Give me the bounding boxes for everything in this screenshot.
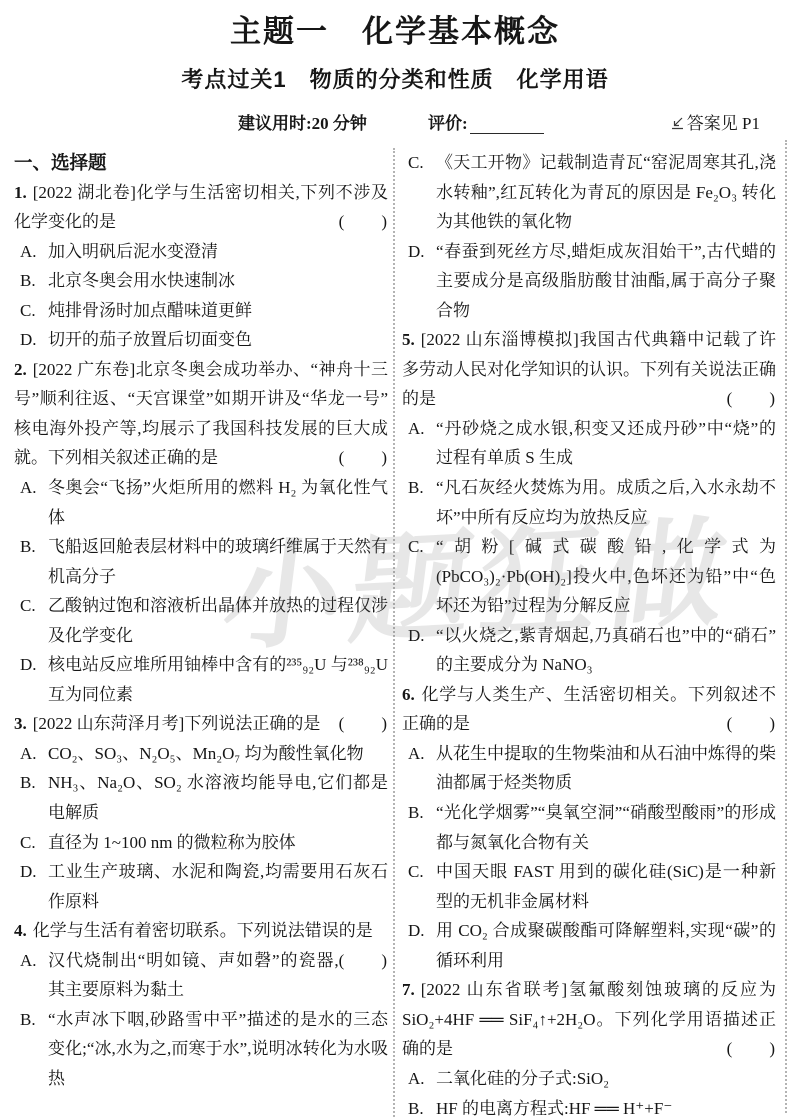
option-row: C.“胡粉[碱式碳酸铅,化学式为(PbCO₃)₂·Pb(OH)₂]投火中,色坏还…	[402, 532, 776, 621]
option-text: “以火烧之,紫青烟起,乃真硝石也”中的“硝石”的主要成分为 NaNO₃	[436, 626, 776, 675]
option-text: 工业生产玻璃、水泥和陶瓷,均需要用石灰石作原料	[48, 862, 388, 911]
option-text: 从花生中提取的生物柴油和从石油中炼得的柴油都属于烃类物质	[436, 744, 776, 793]
option-row: A.CO₂、SO₃、N₂O₅、Mn₂O₇ 均为酸性氧化物	[14, 739, 388, 769]
question-number: 3.	[14, 714, 27, 733]
option-row: A.二氧化硅的分子式:SiO₂	[402, 1064, 776, 1094]
option-text: “光化学烟雾”“臭氧空洞”“硝酸型酸雨”的形成都与氮氧化合物有关	[436, 803, 776, 852]
question-number: 1.	[14, 183, 27, 202]
option-label: A.	[20, 739, 37, 769]
right-column: C.《天工开物》记载制造青瓦“窑泥周寒其孔,浇水转釉”,红瓦转化为青瓦的原因是 …	[395, 148, 776, 1117]
option-text: 冬奥会“飞扬”火炬所用的燃料 H₂ 为氧化性气体	[48, 478, 388, 527]
question-stem: 7.[2022 山东省联考]氢氟酸刻蚀玻璃的反应为 SiO₂+4HF ══ Si…	[402, 975, 776, 1064]
option-row: B.“凡石灰经火焚炼为用。成质之后,入水永劫不坏”中所有反应均为放热反应	[402, 473, 776, 532]
option-label: A.	[408, 1064, 425, 1094]
option-row: C.炖排骨汤时加点醋味道更鲜	[14, 296, 388, 326]
option-row: A.冬奥会“飞扬”火炬所用的燃料 H₂ 为氧化性气体	[14, 473, 388, 532]
evaluation-field: 评价:	[428, 109, 544, 134]
option-row: D.用 CO₂ 合成聚碳酸酯可降解塑料,实现“碳”的循环利用	[402, 916, 776, 975]
option-label: D.	[20, 857, 37, 887]
option-label: B.	[20, 266, 36, 296]
option-row: A.从花生中提取的生物柴油和从石油中炼得的柴油都属于烃类物质	[402, 739, 776, 798]
option-label: A.	[20, 237, 37, 267]
option-text: 北京冬奥会用水快速制冰	[48, 271, 235, 290]
option-row: C.乙酸钠过饱和溶液析出晶体并放热的过程仅涉及化学变化	[14, 591, 388, 650]
question-stem-text: [2022 山东淄博模拟]我国古代典籍中记载了许多劳动人民对化学知识的认识。下列…	[402, 330, 776, 408]
option-label: C.	[408, 532, 424, 562]
suggested-time-label: 建议用时:20 分钟	[238, 109, 367, 134]
option-label: B.	[20, 1005, 36, 1035]
option-label: C.	[20, 828, 36, 858]
answer-reference: 答案见 P1	[671, 109, 760, 134]
option-label: A.	[20, 946, 37, 976]
question-stem: 3.[2022 山东菏泽月考]下列说法正确的是( )	[14, 709, 388, 739]
option-row: C.中国天眼 FAST 用到的碳化硅(SiC)是一种新型的无机非金属材料	[402, 857, 776, 916]
option-text: “水声冰下咽,砂路雪中平”描述的是水的三态变化;“冰,水为之,而寒于水”,说明冰…	[48, 1010, 388, 1088]
option-text: “胡粉[碱式碳酸铅,化学式为(PbCO₃)₂·Pb(OH)₂]投火中,色坏还为铅…	[436, 537, 776, 615]
option-text: 乙酸钠过饱和溶液析出晶体并放热的过程仅涉及化学变化	[48, 596, 388, 645]
option-row: A.加入明矾后泥水变澄清	[14, 237, 388, 267]
option-text: 二氧化硅的分子式:SiO₂	[436, 1069, 609, 1088]
evaluation-label: 评价:	[428, 114, 468, 133]
question-number: 7.	[402, 980, 415, 999]
option-row: D.“以火烧之,紫青烟起,乃真硝石也”中的“硝石”的主要成分为 NaNO₃	[402, 621, 776, 680]
option-label: D.	[408, 621, 425, 651]
corner-arrow-icon	[671, 117, 684, 130]
answer-reference-label: 答案见 P1	[687, 109, 760, 134]
option-row: C.直径为 1~100 nm 的微粒称为胶体	[14, 828, 388, 858]
option-row: A.“丹砂烧之成水银,积变又还成丹砂”中“烧”的过程有单质 S 生成	[402, 414, 776, 473]
option-text: 用 CO₂ 合成聚碳酸酯可降解塑料,实现“碳”的循环利用	[436, 921, 776, 970]
option-label: C.	[408, 148, 424, 178]
option-label: A.	[408, 739, 425, 769]
option-text: 加入明矾后泥水变澄清	[48, 242, 218, 261]
question-number: 4.	[14, 921, 27, 940]
option-label: B.	[20, 532, 36, 562]
option-text: NH₃、Na₂O、SO₂ 水溶液均能导电,它们都是电解质	[48, 773, 388, 822]
meta-row: 建议用时:20 分钟 评价: 答案见 P1	[0, 110, 790, 136]
question-stem: 1.[2022 湖北卷]化学与生活密切相关,下列不涉及化学变化的是( )	[14, 178, 388, 237]
option-label: D.	[20, 650, 37, 680]
option-label: A.	[408, 414, 425, 444]
option-label: D.	[20, 325, 37, 355]
option-label: C.	[20, 591, 36, 621]
option-text: 炖排骨汤时加点醋味道更鲜	[48, 301, 252, 320]
option-label: C.	[20, 296, 36, 326]
option-row: B.“水声冰下咽,砂路雪中平”描述的是水的三态变化;“冰,水为之,而寒于水”,说…	[14, 1005, 388, 1094]
option-row: A.汉代烧制出“明如镜、声如磬”的瓷器,其主要原料为黏土	[14, 946, 388, 1005]
option-label: D.	[408, 916, 425, 946]
section-title: 一、选择题	[14, 148, 388, 178]
option-label: A.	[20, 473, 37, 503]
option-text: “凡石灰经火焚炼为用。成质之后,入水永劫不坏”中所有反应均为放热反应	[436, 478, 776, 527]
option-text: 中国天眼 FAST 用到的碳化硅(SiC)是一种新型的无机非金属材料	[436, 862, 776, 911]
evaluation-blank-line[interactable]	[470, 117, 544, 134]
option-row: D.“春蚕到死丝方尽,蜡炬成灰泪始干”,古代蜡的主要成分是高级脂肪酸甘油酯,属于…	[402, 237, 776, 326]
worksheet-page: 主题一 化学基本概念 考点过关1 物质的分类和性质 化学用语 建议用时:20 分…	[0, 0, 790, 1117]
left-column: 一、选择题1.[2022 湖北卷]化学与生活密切相关,下列不涉及化学变化的是( …	[14, 148, 388, 1117]
answer-bracket: ( )	[339, 443, 388, 473]
option-text: “丹砂烧之成水银,积变又还成丹砂”中“烧”的过程有单质 S 生成	[436, 419, 776, 468]
option-text: 《天工开物》记载制造青瓦“窑泥周寒其孔,浇水转釉”,红瓦转化为青瓦的原因是 Fe…	[436, 153, 776, 231]
option-text: 直径为 1~100 nm 的微粒称为胶体	[48, 833, 296, 852]
option-text: 飞船返回舱表层材料中的玻璃纤维属于天然有机高分子	[48, 537, 388, 586]
question-stem-text: [2022 广东卷]北京冬奥会成功举办、“神舟十三号”顺利往返、“天宫课堂”如期…	[14, 360, 388, 468]
answer-bracket: ( )	[727, 709, 776, 739]
question-stem: 4.化学与生活有着密切联系。下列说法错误的是( )	[14, 916, 388, 946]
option-text: 汉代烧制出“明如镜、声如磬”的瓷器,其主要原料为黏土	[48, 951, 339, 1000]
question-stem: 2.[2022 广东卷]北京冬奥会成功举办、“神舟十三号”顺利往返、“天宫课堂”…	[14, 355, 388, 473]
answer-bracket: ( )	[727, 384, 776, 414]
option-row: D.核电站反应堆所用铀棒中含有的²³⁵₉₂U 与²³⁸₉₂U 互为同位素	[14, 650, 388, 709]
option-label: B.	[408, 798, 424, 828]
answer-bracket: ( )	[727, 1034, 776, 1064]
option-text: HF 的电离方程式:HF ══ H⁺+F⁻	[436, 1099, 672, 1117]
option-row: D.切开的茄子放置后切面变色	[14, 325, 388, 355]
option-label: B.	[20, 768, 36, 798]
option-text: 切开的茄子放置后切面变色	[48, 330, 252, 349]
option-text: CO₂、SO₃、N₂O₅、Mn₂O₇ 均为酸性氧化物	[48, 744, 364, 763]
question-number: 5.	[402, 330, 415, 349]
option-label: B.	[408, 1094, 424, 1117]
question-stem-text: 化学与生活有着密切联系。下列说法错误的是	[33, 921, 373, 940]
question-stem: 5.[2022 山东淄博模拟]我国古代典籍中记载了许多劳动人民对化学知识的认识。…	[402, 325, 776, 414]
option-row: B.北京冬奥会用水快速制冰	[14, 266, 388, 296]
question-stem: 6.化学与人类生产、生活密切相关。下列叙述不正确的是( )	[402, 680, 776, 739]
page-subtitle: 考点过关1 物质的分类和性质 化学用语	[0, 63, 790, 94]
question-stem-text: [2022 湖北卷]化学与生活密切相关,下列不涉及化学变化的是	[14, 183, 388, 232]
question-number: 2.	[14, 360, 27, 379]
option-label: D.	[408, 237, 425, 267]
answer-bracket: ( )	[339, 207, 388, 237]
option-label: C.	[408, 857, 424, 887]
option-row: B.飞船返回舱表层材料中的玻璃纤维属于天然有机高分子	[14, 532, 388, 591]
two-column-body: 一、选择题1.[2022 湖北卷]化学与生活密切相关,下列不涉及化学变化的是( …	[0, 148, 790, 1117]
option-text: 核电站反应堆所用铀棒中含有的²³⁵₉₂U 与²³⁸₉₂U 互为同位素	[48, 655, 388, 704]
option-row: C.《天工开物》记载制造青瓦“窑泥周寒其孔,浇水转釉”,红瓦转化为青瓦的原因是 …	[402, 148, 776, 237]
page-title: 主题一 化学基本概念	[0, 0, 790, 51]
option-text: “春蚕到死丝方尽,蜡炬成灰泪始干”,古代蜡的主要成分是高级脂肪酸甘油酯,属于高分…	[436, 242, 776, 320]
question-stem-text: [2022 山东省联考]氢氟酸刻蚀玻璃的反应为 SiO₂+4HF ══ SiF₄…	[402, 980, 776, 1058]
answer-bracket: ( )	[339, 709, 388, 739]
option-row: B.“光化学烟雾”“臭氧空洞”“硝酸型酸雨”的形成都与氮氧化合物有关	[402, 798, 776, 857]
option-label: B.	[408, 473, 424, 503]
question-number: 6.	[402, 685, 415, 704]
question-stem-text: [2022 山东菏泽月考]下列说法正确的是	[33, 714, 321, 733]
option-row: B.HF 的电离方程式:HF ══ H⁺+F⁻	[402, 1094, 776, 1117]
option-row: B.NH₃、Na₂O、SO₂ 水溶液均能导电,它们都是电解质	[14, 768, 388, 827]
option-row: D.工业生产玻璃、水泥和陶瓷,均需要用石灰石作原料	[14, 857, 388, 916]
question-stem-text: 化学与人类生产、生活密切相关。下列叙述不正确的是	[402, 685, 776, 734]
